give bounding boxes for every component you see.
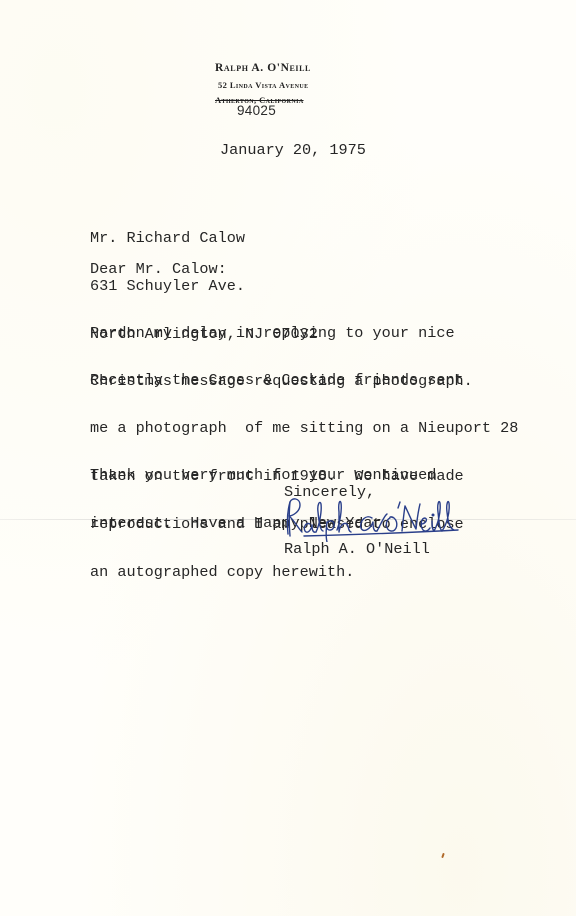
paragraph-line: Thank you very much for your continued — [90, 467, 436, 483]
recipient-street: 631 Schuyler Ave. — [90, 278, 318, 294]
salutation: Dear Mr. Calow: — [90, 261, 227, 277]
paragraph-line: me a photograph of me sitting on a Nieup… — [90, 420, 518, 436]
letterhead-street: 52 Linda Vista Avenue — [218, 80, 309, 90]
letterhead-name: Ralph A. O'Neill — [215, 62, 311, 74]
paragraph-line: Pardon my delay in replying to your nice — [90, 325, 473, 341]
handwritten-signature: Ralph A. O'Neill — [282, 494, 468, 542]
signature-ink-icon — [282, 494, 468, 542]
letter-date: January 20, 1975 — [220, 142, 366, 158]
letterhead-zip-typed: 94025 — [237, 103, 276, 118]
recipient-name: Mr. Richard Calow — [90, 230, 318, 246]
paragraph-line: an autographed copy herewith. — [90, 564, 518, 580]
signer-typed-name: Ralph A. O'Neill — [284, 541, 430, 557]
paragraph-line: Recently the Cross & Cockade friends sen… — [90, 372, 518, 388]
